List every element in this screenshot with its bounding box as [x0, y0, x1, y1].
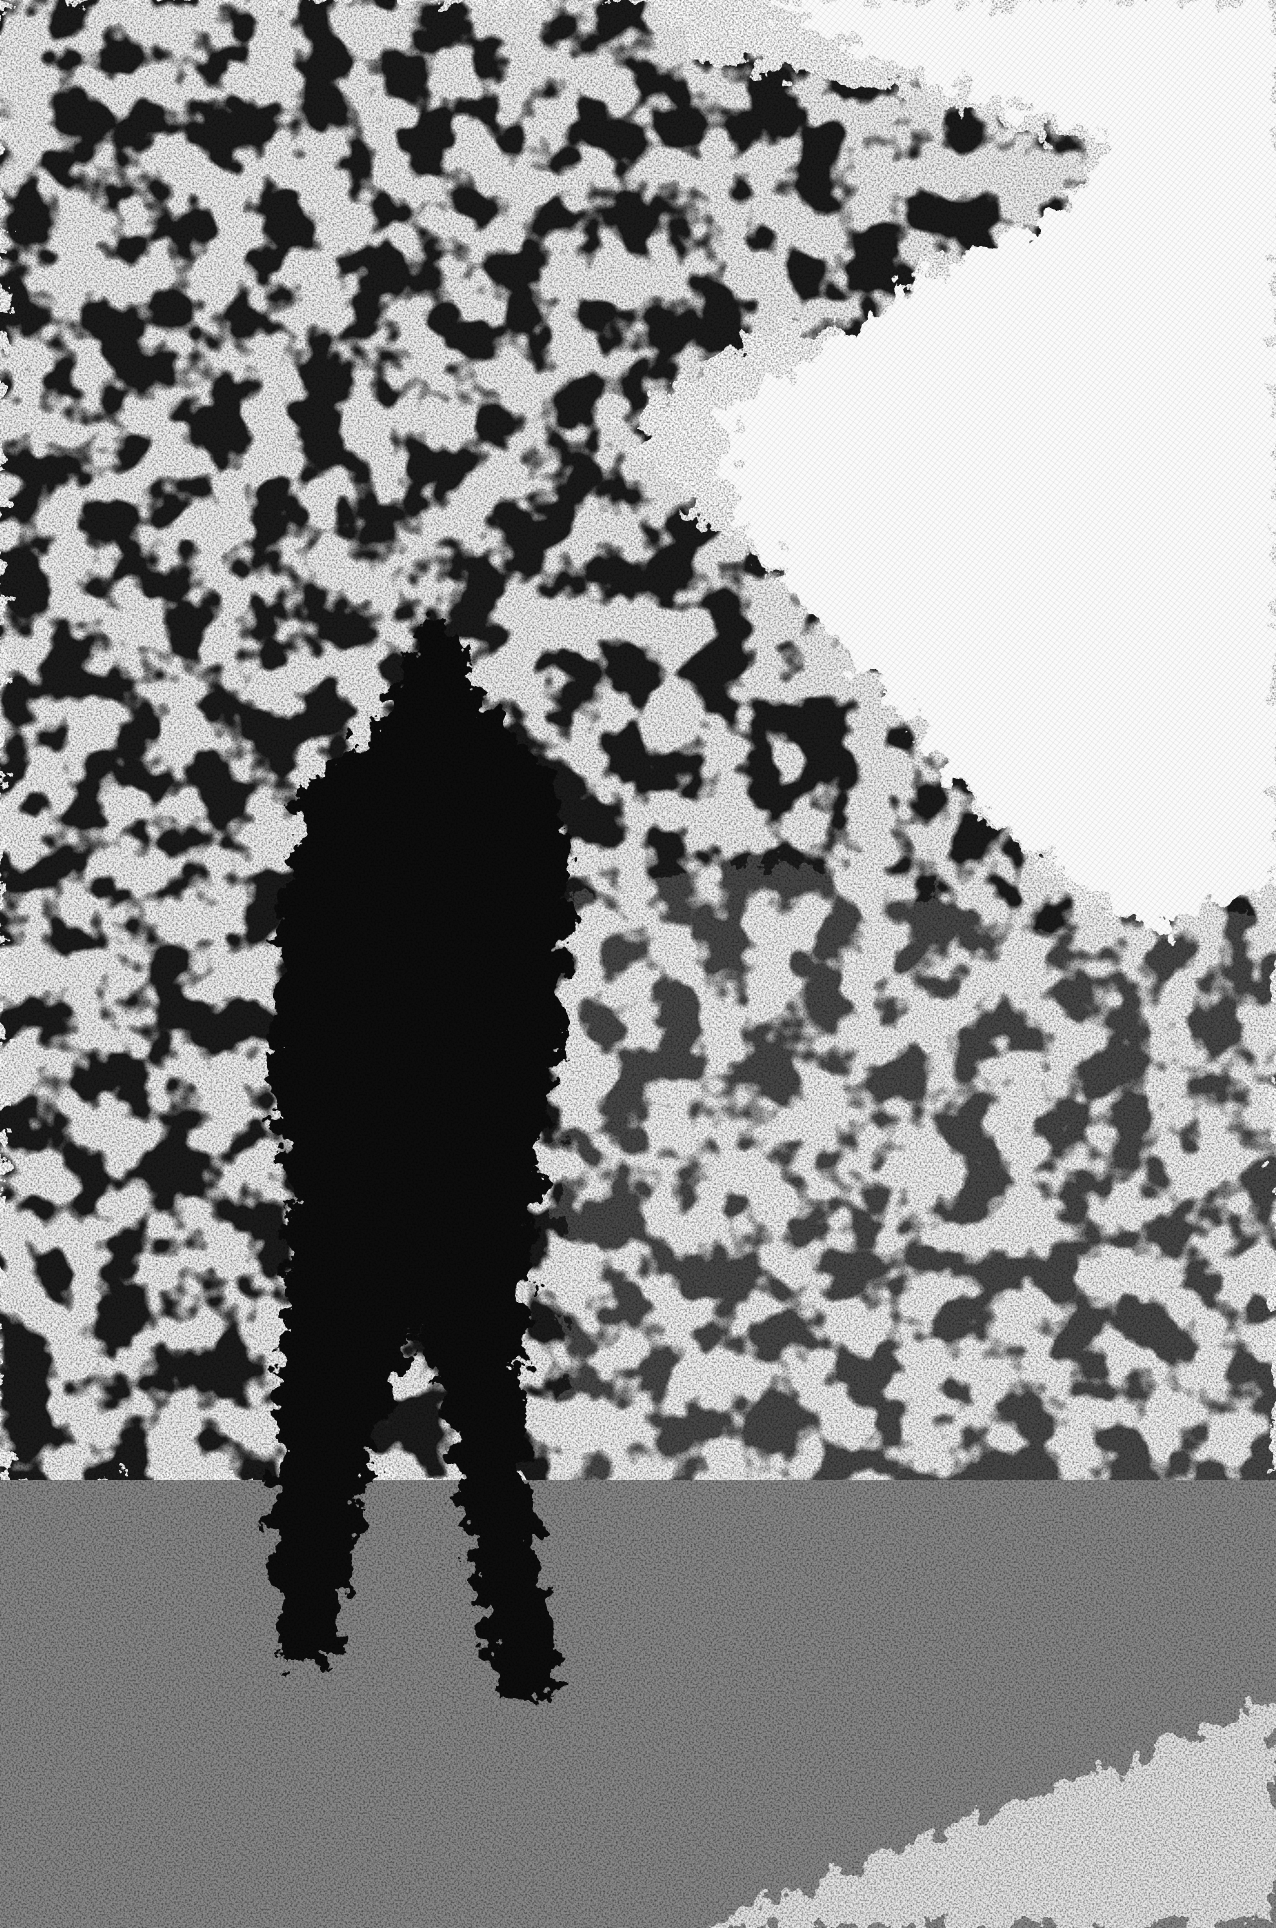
photograph: High-contrast black and white photograph…: [0, 0, 1276, 1928]
scene-drawing: [0, 0, 1276, 1928]
